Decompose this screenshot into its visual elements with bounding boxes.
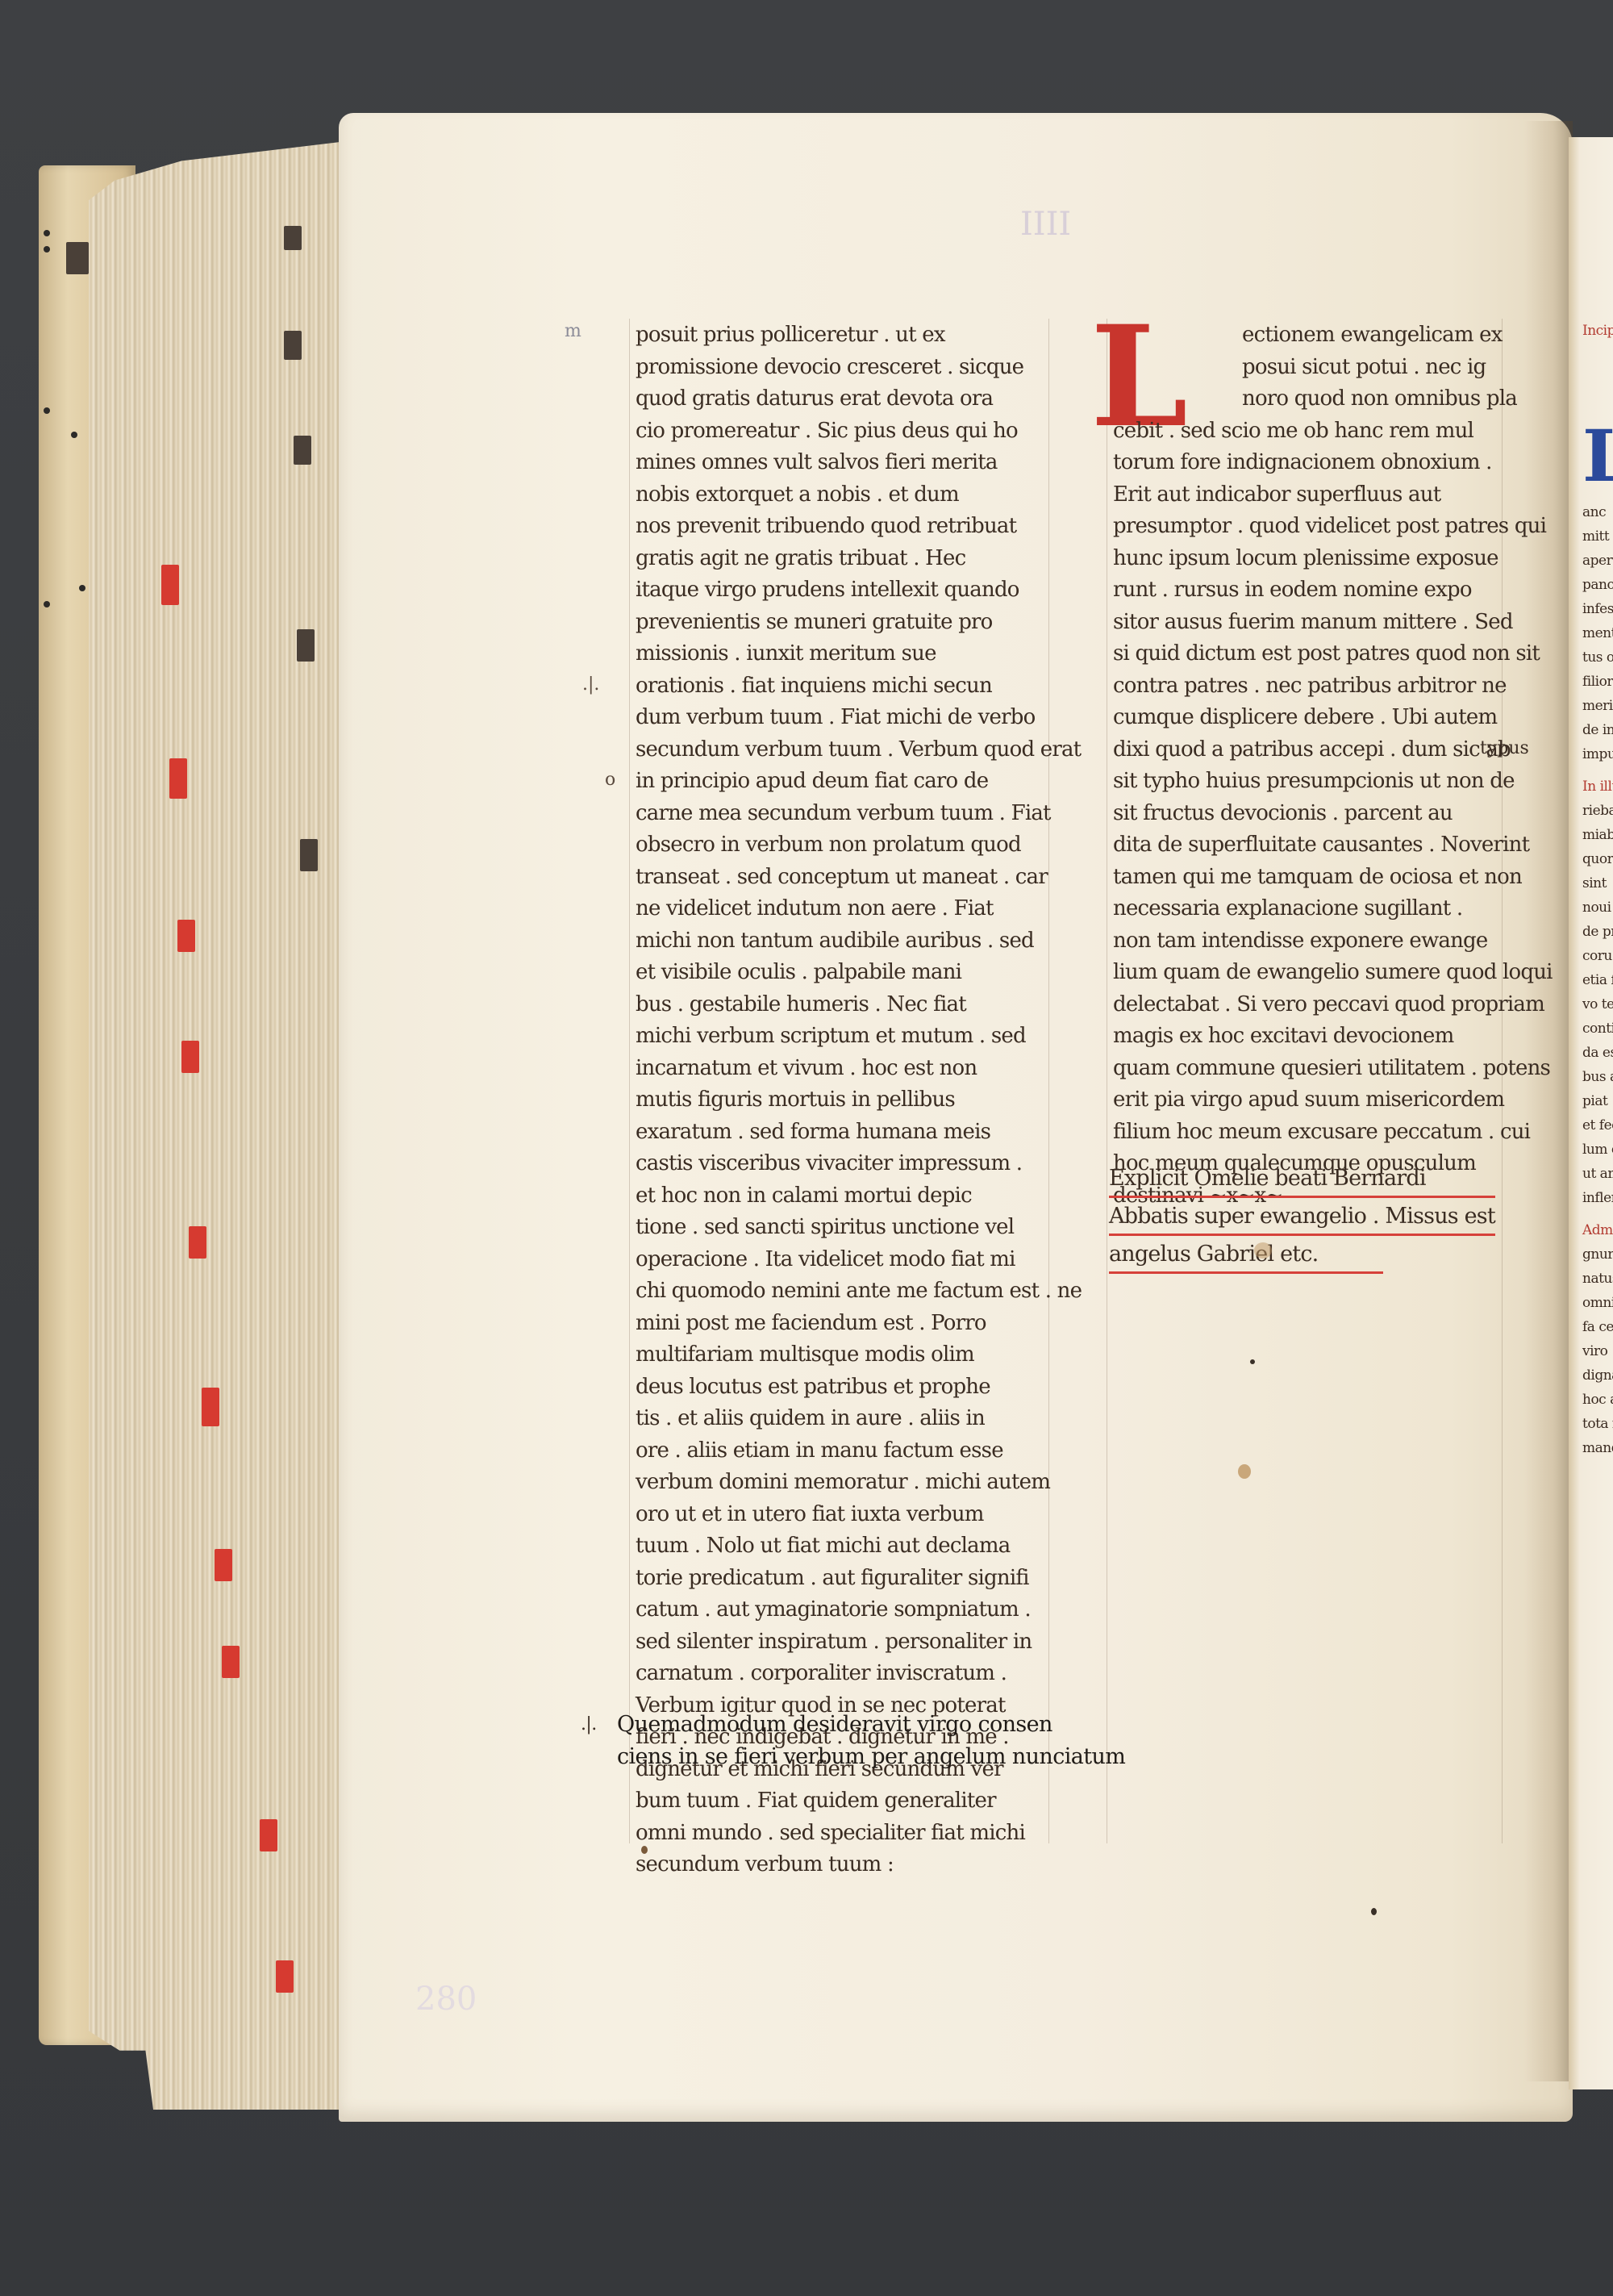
- recto-line: piat: [1582, 1093, 1607, 1109]
- text-line: carnatum . corporaliter inviscratum .: [636, 1658, 1043, 1690]
- text-line: sit typho huius presumpcionis ut non de: [1113, 766, 1516, 798]
- recto-rubric: Incipit: [1582, 323, 1613, 339]
- text-line: mutis figuris mortuis in pellibus: [636, 1084, 1043, 1117]
- worm-hole: [79, 585, 85, 591]
- text-line: hunc ipsum locum plenissime exposue: [1113, 543, 1516, 575]
- text-line: bum tuum . Fiat quidem generaliter: [636, 1785, 1043, 1818]
- gutter-shadow: [1524, 121, 1573, 2081]
- explicit-line: angelus Gabriel etc.: [1109, 1238, 1383, 1274]
- text-line: posuit prius polliceretur . ut ex: [636, 319, 1043, 352]
- text-line: Erit aut indicabor superfluus aut: [1113, 479, 1516, 511]
- blue-drop-cap-initial: L: [1582, 420, 1613, 496]
- recto-line: contin: [1582, 1021, 1613, 1037]
- text-line: prevenientis se muneri gratuite pro: [636, 607, 1043, 639]
- leather-tab-marker[interactable]: [300, 839, 318, 871]
- faded-folio-numeral-top: IIII: [1020, 206, 1071, 243]
- text-line: sitor ausus fuerim manum mittere . Sed: [1113, 607, 1516, 639]
- margin-dot-mark: o: [605, 770, 615, 790]
- foxing-stain: [1250, 1359, 1255, 1364]
- text-line: cebit . sed scio me ob hanc rem mul: [1113, 415, 1516, 448]
- text-line: ectionem ewangelicam ex: [1113, 319, 1516, 352]
- text-line: tamen qui me tamquam de ociosa et non: [1113, 862, 1516, 894]
- text-line: ne videlicet indutum non aere . Fiat: [636, 893, 1043, 925]
- text-line: sed silenter inspiratum . personaliter i…: [636, 1626, 1043, 1659]
- recto-line: ut am: [1582, 1166, 1613, 1182]
- text-line: exaratum . sed forma humana meis: [636, 1117, 1043, 1149]
- text-line: orationis . fiat inquiens michi secun: [636, 670, 1043, 703]
- rubric-note-line: Quemadmodum desideravit virgo consen: [581, 1709, 1125, 1741]
- recto-line: In illu: [1582, 779, 1613, 795]
- recto-line: digna: [1582, 1367, 1613, 1384]
- text-line: nos prevenit tribuendo quod retribuat: [636, 511, 1043, 543]
- text-line: verbum domini memoratur . michi autem: [636, 1467, 1043, 1499]
- leather-tab-marker[interactable]: [297, 629, 315, 662]
- text-line: itaque virgo prudens intellexit quando: [636, 574, 1043, 607]
- recto-line: apert: [1582, 553, 1613, 569]
- margin-paragraph-mark: .|.: [582, 674, 599, 695]
- text-line: necessaria explanacione sugillant .: [1113, 893, 1516, 925]
- text-line: filium hoc meum excusare peccatum . cui: [1113, 1117, 1516, 1149]
- text-line: cumque displicere debere . Ubi autem: [1113, 702, 1516, 734]
- recto-line: vo te: [1582, 996, 1613, 1012]
- text-line: mini post me faciendum est . Porro: [636, 1308, 1043, 1340]
- text-line: chi quomodo nemini ante me factum est . …: [636, 1275, 1043, 1308]
- text-line: dita de superfluitate causantes . Noveri…: [1113, 829, 1516, 862]
- text-line: quam commune quesieri utilitatem . poten…: [1113, 1053, 1516, 1085]
- recto-line: viro: [1582, 1343, 1607, 1359]
- explicit-line: Explicit Omelie beati Bernardi: [1109, 1162, 1495, 1198]
- recto-line: natus: [1582, 1271, 1613, 1287]
- text-line: ore . aliis etiam in manu factum esse: [636, 1435, 1043, 1467]
- faded-folio-numeral-bottom: 280: [415, 1981, 477, 2018]
- right-text-column: ectionem ewangelicam ex posui sicut potu…: [1113, 319, 1516, 1212]
- text-line: dum verbum tuum . Fiat michi de verbo: [636, 702, 1043, 734]
- red-tab-marker[interactable]: [215, 1549, 232, 1581]
- text-line: obsecro in verbum non prolatum quod: [636, 829, 1043, 862]
- leather-tab-marker[interactable]: [66, 242, 89, 274]
- recto-line: filior: [1582, 674, 1613, 690]
- text-line: et visibile oculis . palpabile mani: [636, 957, 1043, 989]
- red-tab-marker[interactable]: [181, 1041, 199, 1073]
- recto-line: etia f: [1582, 972, 1613, 988]
- red-tab-marker[interactable]: [189, 1226, 206, 1259]
- recto-line: ment: [1582, 625, 1613, 641]
- recto-line: tus o: [1582, 649, 1613, 666]
- recto-line: inflen: [1582, 1190, 1613, 1206]
- recto-line: panor: [1582, 577, 1613, 593]
- recto-line: quoru: [1582, 851, 1613, 867]
- recto-line: hoc au: [1582, 1392, 1613, 1408]
- red-tab-marker[interactable]: [276, 1960, 294, 1993]
- recto-line: fa cel: [1582, 1319, 1613, 1335]
- margin-mark-top: m: [565, 321, 581, 341]
- explicit-line: Abbatis super ewangelio . Missus est: [1109, 1200, 1495, 1236]
- worm-hole: [44, 601, 50, 607]
- text-line: torum fore indignacionem obnoxium .: [1113, 447, 1516, 479]
- ruling-line: [1048, 319, 1049, 1843]
- paragraph-mark: .|.: [581, 1709, 597, 1741]
- text-line: incarnatum et vivum . hoc est non: [636, 1053, 1043, 1085]
- text-line: presumptor . quod videlicet post patres …: [1113, 511, 1516, 543]
- text-line: lium quam de ewangelio sumere quod loqui: [1113, 957, 1516, 989]
- red-tab-marker[interactable]: [169, 758, 187, 799]
- text-line: runt . rursus in eodem nomine expo: [1113, 574, 1516, 607]
- text-line: carne mea secundum verbum tuum . Fiat: [636, 798, 1043, 830]
- text-line: michi verbum scriptum et mutum . sed: [636, 1021, 1043, 1053]
- recto-line: de inn: [1582, 722, 1613, 738]
- text-line: et hoc non in calami mortui depic: [636, 1180, 1043, 1213]
- text-line: secundum verbum tuum :: [636, 1849, 1043, 1881]
- recto-line: de prof: [1582, 924, 1613, 940]
- recto-line: da est: [1582, 1045, 1613, 1061]
- worm-hole: [71, 432, 77, 438]
- text-line: tione . sed sancti spiritus unctione vel: [636, 1212, 1043, 1244]
- text-line: oro ut et in utero fiat iuxta verbum: [636, 1499, 1043, 1531]
- rubric-note: .|. Quemadmodum desideravit virgo consen…: [581, 1709, 1125, 1773]
- text-line: contra patres . nec patribus arbitror ne: [1113, 670, 1516, 703]
- text-line: missionis . iunxit meritum sue: [636, 638, 1043, 670]
- recto-line: tota r: [1582, 1416, 1613, 1432]
- text-line: magis ex hoc excitavi devocionem: [1113, 1021, 1516, 1053]
- leather-tab-marker[interactable]: [284, 226, 302, 250]
- worm-hole: [44, 246, 50, 253]
- worm-hole: [44, 230, 50, 236]
- recto-line: gnur: [1582, 1246, 1613, 1263]
- text-line: erit pia virgo apud suum misericordem: [1113, 1084, 1516, 1117]
- recto-line: mitt: [1582, 528, 1609, 545]
- text-line: tis . et aliis quidem in aure . aliis in: [636, 1403, 1043, 1435]
- recto-line: merit: [1582, 698, 1613, 714]
- margin-gloss: typus: [1480, 738, 1529, 758]
- recto-line: infest: [1582, 601, 1613, 617]
- red-tab-marker[interactable]: [177, 920, 195, 952]
- recto-line: mand: [1582, 1440, 1613, 1456]
- recto-line: anc: [1582, 504, 1606, 520]
- red-tab-marker[interactable]: [161, 565, 179, 605]
- text-line: delectabat . Si vero peccavi quod propri…: [1113, 989, 1516, 1021]
- recto-line: miab: [1582, 827, 1613, 843]
- text-line: noro quod non omnibus pla: [1113, 383, 1516, 415]
- text-line: si quid dictum est post patres quod non …: [1113, 638, 1516, 670]
- text-line: quod gratis daturus erat devota ora: [636, 383, 1043, 415]
- text-line: transeat . sed conceptum ut maneat . car: [636, 862, 1043, 894]
- recto-line: sint: [1582, 875, 1607, 891]
- red-tab-marker[interactable]: [202, 1388, 219, 1426]
- red-tab-marker[interactable]: [222, 1646, 240, 1678]
- text-line: tuum . Nolo ut fiat michi aut declama: [636, 1530, 1043, 1563]
- leather-tab-marker[interactable]: [294, 436, 311, 465]
- text-line: operacione . Ita videlicet modo fiat mi: [636, 1244, 1043, 1276]
- ruling-line: [629, 319, 630, 1843]
- text-line: multifariam multisque modis olim: [636, 1339, 1043, 1371]
- recto-line: noui: [1582, 900, 1611, 916]
- recto-line: lum e: [1582, 1142, 1613, 1158]
- text-line: bus . gestabile humeris . Nec fiat: [636, 989, 1043, 1021]
- recto-line: rieba: [1582, 803, 1613, 819]
- foxing-stain: [1238, 1464, 1251, 1479]
- text-line: omni mundo . sed specialiter fiat michi: [636, 1818, 1043, 1850]
- recto-line: omnia: [1582, 1295, 1613, 1311]
- recto-line: bus a: [1582, 1069, 1613, 1085]
- text-line: secundum verbum tuum . Verbum quod erat: [636, 734, 1043, 766]
- red-tab-marker[interactable]: [260, 1819, 277, 1851]
- rubric-note-line: ciens in se fieri verbum per angelum nun…: [581, 1741, 1125, 1773]
- text-line: mines omnes vult salvos fieri merita: [636, 447, 1043, 479]
- foxing-stain: [1254, 1242, 1272, 1259]
- text-line: posui sicut potui . nec ig: [1113, 352, 1516, 384]
- recto-line: et fec: [1582, 1117, 1613, 1133]
- recto-line: Admi: [1582, 1222, 1613, 1238]
- ruling-line: [1107, 319, 1107, 1843]
- recto-line: coru: [1582, 948, 1612, 964]
- text-line: non tam intendisse exponere ewange: [1113, 925, 1516, 958]
- text-line: gratis agit ne gratis tribuat . Hec: [636, 543, 1043, 575]
- text-line: in principio apud deum fiat caro de: [636, 766, 1043, 798]
- text-line: sit fructus devocionis . parcent au: [1113, 798, 1516, 830]
- text-line: dixi quod a patribus accepi . dum sic ab: [1113, 734, 1516, 766]
- recto-line: impu: [1582, 746, 1613, 762]
- text-line: michi non tantum audibile auribus . sed: [636, 925, 1043, 958]
- foxing-stain: [1371, 1908, 1377, 1915]
- text-line: deus locutus est patribus et prophe: [636, 1371, 1043, 1404]
- text-line: torie predicatum . aut figuraliter signi…: [636, 1563, 1043, 1595]
- text-line: promissione devocio cresceret . sicque: [636, 352, 1043, 384]
- worm-hole: [44, 407, 50, 414]
- explicit-colophon: Explicit Omelie beati Bernardi Abbatis s…: [1109, 1162, 1495, 1275]
- text-line: castis visceribus vivaciter impressum .: [636, 1148, 1043, 1180]
- text-line: nobis extorquet a nobis . et dum: [636, 479, 1043, 511]
- text-line: catum . aut ymaginatorie sompniatum .: [636, 1594, 1043, 1626]
- text-line: cio promereatur . Sic pius deus qui ho: [636, 415, 1043, 448]
- left-text-column: posuit prius polliceretur . ut ex promis…: [636, 319, 1043, 1881]
- leather-tab-marker[interactable]: [284, 331, 302, 360]
- foxing-stain: [641, 1846, 648, 1854]
